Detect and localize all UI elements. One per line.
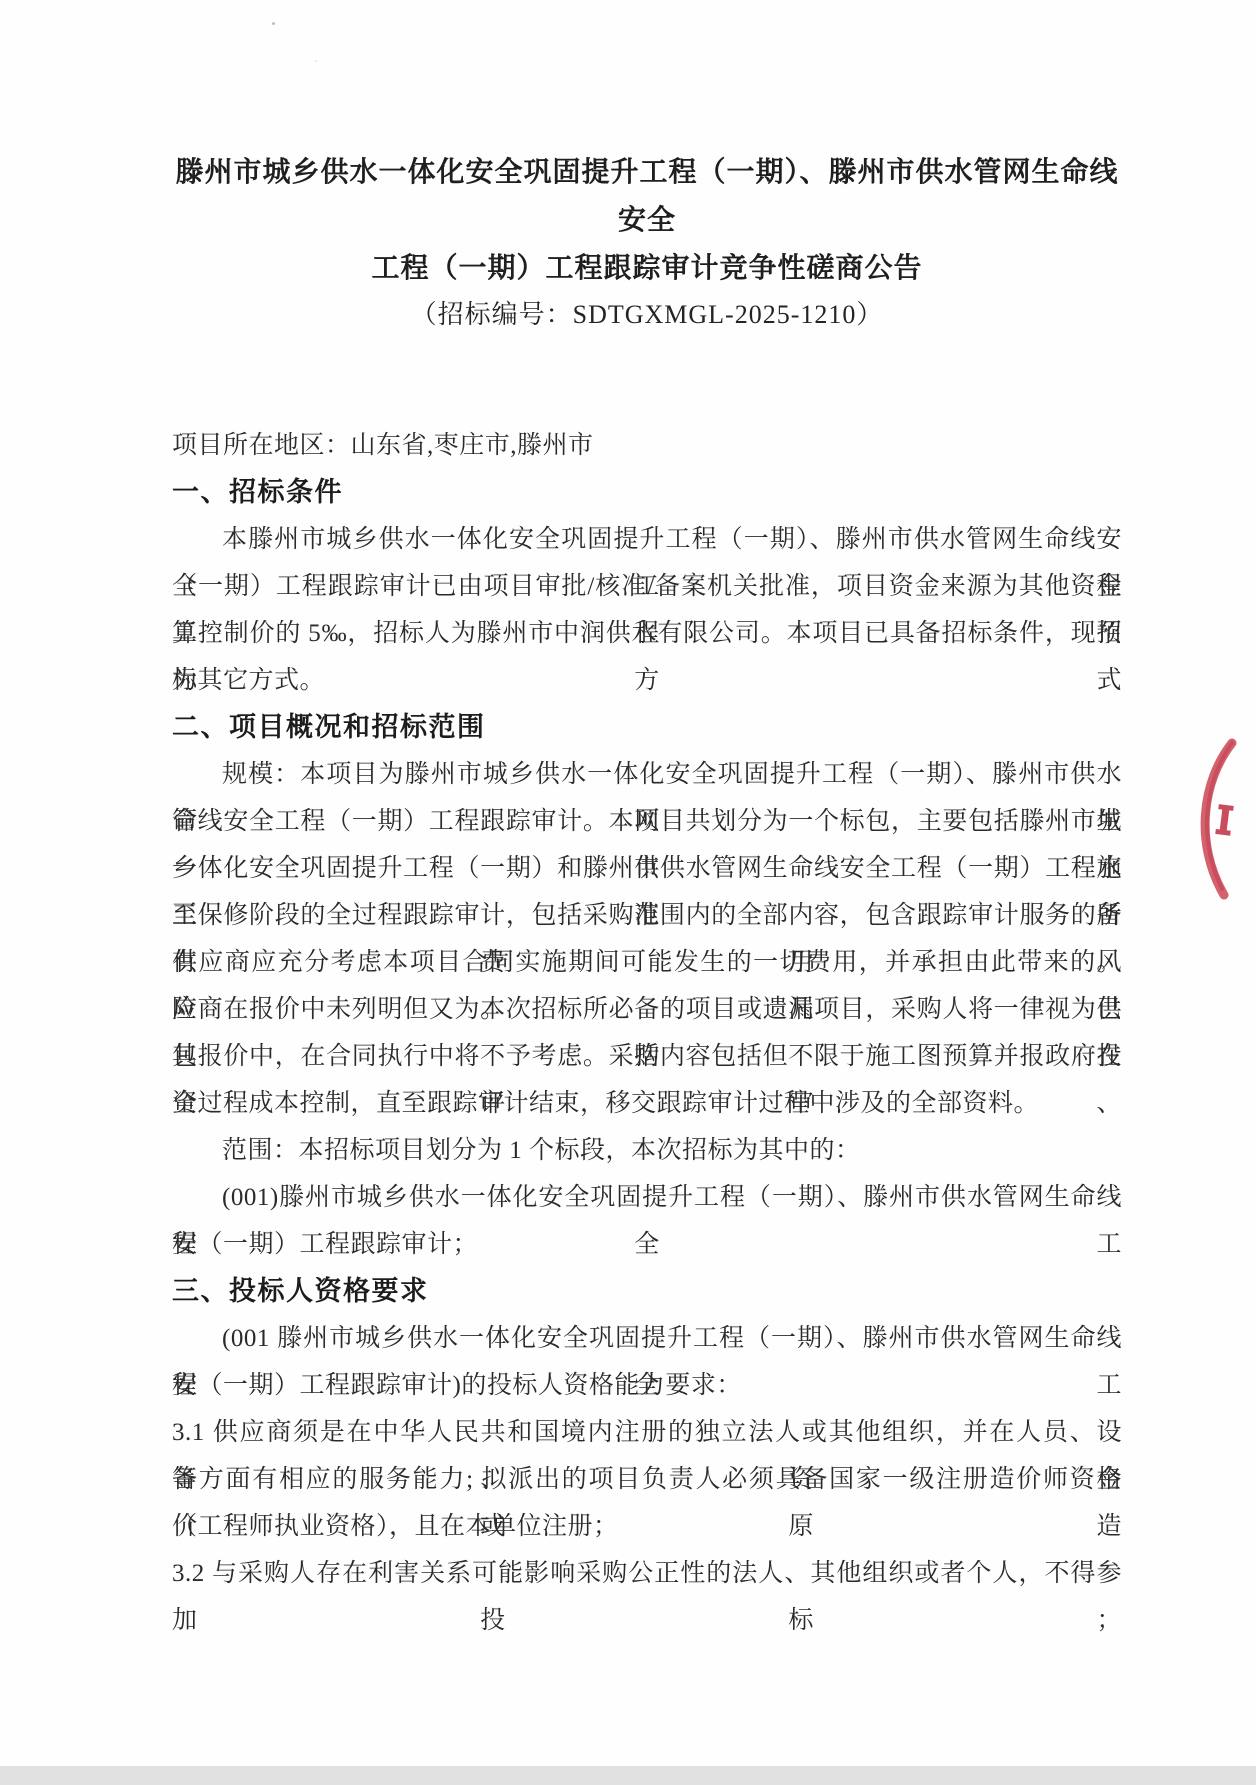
text-line: 供应商应充分考虑本项目合同实施期间可能发生的一切费用，并承担由此带来的风险。凡供 — [172, 939, 1122, 986]
title-spacer — [172, 338, 1122, 422]
text-line: 本滕州市城乡供水一体化安全巩固提升工程（一期）、滕州市供水管网生命线安全工程 — [172, 516, 1122, 563]
document-content: 滕州市城乡供水一体化安全巩固提升工程（一期）、滕州市供水管网生命线安全 工程（一… — [172, 148, 1122, 1597]
text-line: 3.2 与采购人存在利害关系可能影响采购公正性的法人、其他组织或者个人，不得参加… — [172, 1550, 1122, 1597]
scanned-document-page: 滕州市城乡供水一体化安全巩固提升工程（一期）、滕州市供水管网生命线安全 工程（一… — [0, 0, 1256, 1785]
tender-number: （招标编号：SDTGXMGL-2025-1210） — [172, 292, 1122, 338]
text-line: 命线安全工程（一期）工程跟踪审计。本项目共划分为一个标包，主要包括滕州市城乡供水 — [172, 798, 1122, 845]
text-line: 其报价中，在合同执行中将不予考虑。采购内容包括但不限于施工图预算并报政府投资评审… — [172, 1033, 1122, 1080]
text-line: 一体化安全巩固提升工程（一期）和滕州市供水管网生命线安全工程（一期）工程施工准备 — [172, 845, 1122, 892]
scan-edge-band — [0, 1766, 1256, 1785]
text-line: (001 滕州市城乡供水一体化安全巩固提升工程（一期）、滕州市供水管网生命线安全… — [172, 1315, 1122, 1362]
scan-speck — [315, 60, 317, 62]
text-line: 等方面有相应的服务能力; 拟派出的项目负责人必须具备国家一级注册造价师资格（或原… — [172, 1456, 1122, 1503]
text-line: (001)滕州市城乡供水一体化安全巩固提升工程（一期）、滕州市供水管网生命线安全… — [172, 1174, 1122, 1221]
text-line: 3.1 供应商须是在中华人民共和国境内注册的独立法人或其他组织，并在人员、设备、… — [172, 1409, 1122, 1456]
document-title-line-1: 滕州市城乡供水一体化安全巩固提升工程（一期）、滕州市供水管网生命线安全 — [172, 148, 1122, 244]
red-seal-icon — [1186, 735, 1256, 905]
text-line: 至保修阶段的全过程跟踪审计，包括采购范围内的全部内容，包含跟踪审计服务的所有费用… — [172, 892, 1122, 939]
project-location: 项目所在地区：山东省,枣庄市,滕州市 — [172, 422, 1122, 469]
section-2-heading: 二、项目概况和招标范围 — [172, 704, 1122, 751]
document-title-line-2: 工程（一期）工程跟踪审计竞争性磋商公告 — [172, 244, 1122, 292]
text-line: 规模：本项目为滕州市城乡供水一体化安全巩固提升工程（一期）、滕州市供水管网生 — [172, 751, 1122, 798]
text-line: 应商在报价中未列明但又为本次招标所必备的项目或遗漏项目，采购人将一律视为已包括在 — [172, 986, 1122, 1033]
scan-speck — [272, 22, 275, 25]
text-line: 范围：本招标项目划分为 1 个标段，本次招标为其中的： — [172, 1127, 1122, 1174]
section-1-heading: 一、招标条件 — [172, 469, 1122, 516]
text-line: （一期）工程跟踪审计已由项目审批/核准/备案机关批准，项目资金来源为其他资金工程… — [172, 563, 1122, 610]
text-line: 全过程成本控制，直至跟踪审计结束，移交跟踪审计过程中涉及的全部资料。 — [172, 1080, 1122, 1127]
section-3-heading: 三、投标人资格要求 — [172, 1268, 1122, 1315]
text-line: 算控制价的 5‰，招标人为滕州市中润供水有限公司。本项目已具备招标条件，现招标方… — [172, 610, 1122, 657]
